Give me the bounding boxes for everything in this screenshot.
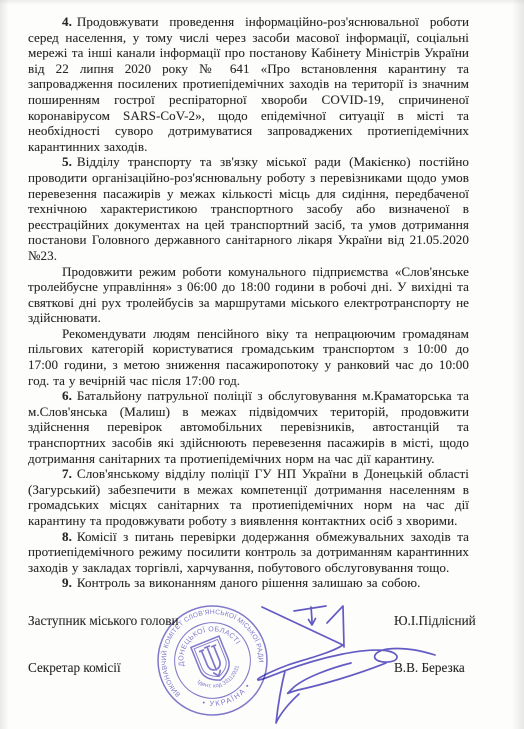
- paragraph-item: Рекомендувати людям пенсійного віку та н…: [28, 326, 469, 388]
- paragraph-text: Слов'янському відділу поліції ГУ НП Укра…: [28, 466, 469, 528]
- paragraph-text: Рекомендувати людям пенсійного віку та н…: [28, 326, 469, 388]
- paragraph-text: Батальйону патрульної поліції з обслугов…: [28, 388, 469, 465]
- signature-title: Секретар комісії: [28, 660, 121, 676]
- signature-stroke: [288, 663, 386, 693]
- paragraph-number: 8.: [62, 529, 77, 544]
- paragraph-item: 7.Слов'янському відділу поліції ГУ НП Ук…: [28, 466, 469, 528]
- paragraph-text: Відділу транспорту та зв'язку міської ра…: [28, 154, 469, 263]
- paragraph-number: 9.: [62, 575, 77, 590]
- signature-stroke: [309, 607, 316, 625]
- scanned-document-page: 4.Продовжувати проведення інформаційно-р…: [0, 0, 524, 729]
- paragraph-item: Продовжити режим роботи комунального під…: [28, 264, 469, 326]
- paragraph-text: Продовжити режим роботи комунального під…: [28, 264, 469, 326]
- paragraph-item: 4.Продовжувати проведення інформаційно-р…: [28, 14, 469, 154]
- paragraph-number: 7.: [62, 466, 77, 481]
- document-body: 4.Продовжувати проведення інформаційно-р…: [28, 14, 469, 591]
- signature-stroke: [262, 607, 343, 645]
- signature-stroke: [294, 606, 326, 611]
- paragraph-text: Комісії з питань перевірки додержання об…: [28, 529, 469, 575]
- paragraph-item: 5.Відділу транспорту та зв'язку міської …: [28, 154, 469, 263]
- paragraph-number: 6.: [62, 388, 77, 403]
- paragraph-item: 6.Батальйону патрульної поліції з обслуг…: [28, 388, 469, 466]
- handwritten-ink-signature: [236, 583, 446, 729]
- signature-stroke: [276, 671, 299, 723]
- paragraph-item: 8.Комісії з питань перевірки додержання …: [28, 529, 469, 576]
- paragraph-number: 4.: [62, 14, 77, 29]
- paragraph-text: Продовжувати проведення інформаційно-роз…: [28, 14, 469, 154]
- paragraph-number: 5.: [62, 154, 77, 169]
